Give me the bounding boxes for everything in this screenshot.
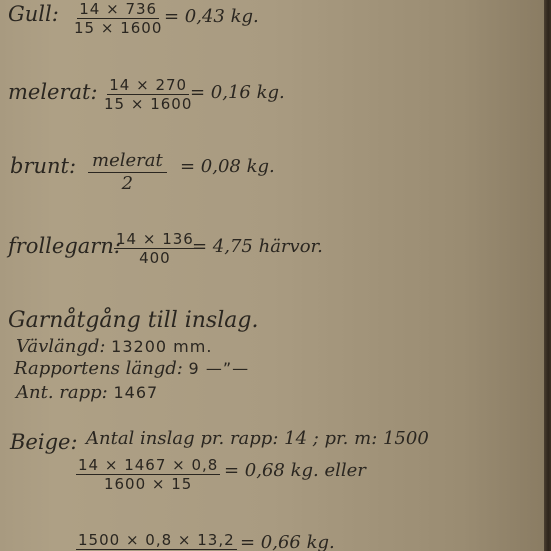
- page-binding-edge: [544, 0, 551, 551]
- beige-calc1-numerator: 14 × 1467 × 0,8: [76, 458, 220, 475]
- melerat-denominator: 15 × 1600: [104, 95, 192, 112]
- brunt-label: brunt:: [10, 156, 76, 177]
- repeat-count-label: Ant. rapp:: [16, 382, 108, 403]
- weave-length-label: Vävlängd:: [16, 336, 105, 357]
- beige-calc1-result: = 0,68 kg. eller: [224, 462, 366, 480]
- weave-length-line: Vävlängd: 13200 mm.: [16, 338, 212, 356]
- melerat-label: melerat:: [8, 82, 98, 103]
- weave-length-value: 13200 mm.: [111, 337, 212, 356]
- gull-numerator: 14 × 736: [77, 2, 159, 19]
- gull-denominator: 15 × 1600: [74, 19, 162, 36]
- gull-fraction: 14 × 736 15 × 1600: [74, 2, 162, 36]
- beige-picks-text: Antal inslag pr. rapp: 14 ; pr. m: 1500: [86, 430, 429, 448]
- repeat-count-value: 1467: [113, 383, 158, 402]
- melerat-fraction: 14 × 270 15 × 1600: [104, 78, 192, 112]
- section-heading: Garnåtgång till inslag.: [8, 310, 258, 332]
- melerat-result: = 0,16 kg.: [190, 84, 285, 102]
- frollegarn-result: = 4,75 härvor.: [192, 238, 323, 256]
- brunt-fraction: melerat 2: [88, 152, 167, 193]
- repeat-count-line: Ant. rapp: 1467: [16, 384, 158, 402]
- brunt-result: = 0,08 kg.: [180, 158, 275, 176]
- melerat-numerator: 14 × 270: [107, 78, 189, 95]
- notebook-page: Gull: 14 × 736 15 × 1600 = 0,43 kg. mele…: [0, 0, 544, 551]
- beige-calc2-fraction: 1500 × 0,8 × 13,2: [76, 533, 237, 550]
- frollegarn-denominator: 400: [139, 249, 171, 266]
- beige-calc2-result: = 0,66 kg.: [240, 534, 335, 551]
- beige-label: Beige:: [10, 432, 78, 453]
- brunt-denominator: 2: [122, 173, 133, 193]
- gull-label: Gull:: [8, 4, 59, 25]
- beige-calc2-numerator: 1500 × 0,8 × 13,2: [76, 533, 237, 550]
- repeat-length-label: Rapportens längd:: [14, 358, 183, 379]
- frollegarn-numerator: 14 × 136: [114, 232, 196, 249]
- beige-calc1-denominator: 1600 × 15: [104, 475, 192, 492]
- beige-calc1-fraction: 14 × 1467 × 0,8 1600 × 15: [76, 458, 220, 492]
- gull-result: = 0,43 kg.: [164, 8, 259, 26]
- repeat-length-value: 9 —”—: [189, 359, 250, 378]
- brunt-numerator: melerat: [88, 152, 167, 173]
- repeat-length-line: Rapportens längd: 9 —”—: [14, 360, 249, 378]
- frollegarn-fraction: 14 × 136 400: [114, 232, 196, 266]
- frollegarn-label: frollegarn:: [8, 236, 121, 257]
